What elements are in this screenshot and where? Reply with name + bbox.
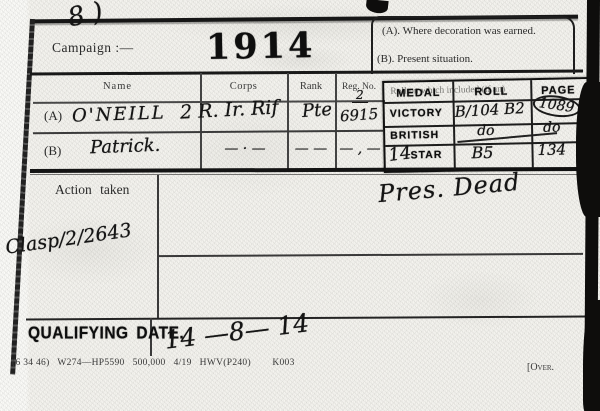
action-mid-line xyxy=(157,253,583,257)
british-medal-label: BRITISH xyxy=(390,129,439,142)
action-taken-label: Action taken xyxy=(55,182,129,198)
handwritten-corner-mark: 8 ) xyxy=(65,0,105,33)
medal-column-header: MEDAL xyxy=(386,87,450,100)
scan-edge-bulge-low xyxy=(583,300,600,411)
star-page-value: 134 xyxy=(537,140,566,159)
row-a-reg-no-superscript: 2 xyxy=(352,88,368,103)
row-a-corps: 2 R. Ir. Rif xyxy=(179,96,279,123)
campaign-year: 1914 xyxy=(206,25,316,68)
medal-roll-stamp-box: Roll on which included (if an) MEDAL ROL… xyxy=(382,77,591,173)
star-roll-value: B5 xyxy=(471,143,493,162)
row-b-label: (B) xyxy=(44,143,61,159)
action-divider-line xyxy=(157,175,159,318)
star-handwritten-number: 14 xyxy=(387,142,412,166)
medal-index-card-scan: 8 ) Campaign :— 1914 (A). Where decorati… xyxy=(0,0,600,411)
qualifying-date-label: QUALIFYING DATE. xyxy=(28,324,184,344)
printer-imprint: (6 34 46) W274—HP5590 500,000 4/19 HWV(P… xyxy=(12,358,295,368)
over-note: [Over. xyxy=(527,362,554,373)
victory-medal-label: VICTORY xyxy=(390,107,443,120)
header-corps: Corps xyxy=(200,81,287,92)
row-a-reg-no: 6915 xyxy=(339,105,378,126)
note-present-situation: (B). Present situation. xyxy=(377,53,473,65)
british-page-ditto: do xyxy=(543,120,561,136)
scan-top-blob xyxy=(365,0,388,14)
header-name: Name xyxy=(35,81,200,92)
victory-page-value: 1089 xyxy=(532,95,580,117)
row-b-rank-ditto: — — xyxy=(289,141,333,157)
row-b-corps-ditto: — · — xyxy=(210,141,280,157)
row-a-underline xyxy=(33,130,383,134)
row-a-rank: Pte xyxy=(301,99,332,122)
campaign-label: Campaign :— xyxy=(52,40,134,56)
header-rank: Rank xyxy=(287,81,335,92)
victory-roll-value: B/104 B2 xyxy=(454,99,525,121)
star-medal-label: STAR xyxy=(410,149,442,162)
note-where-earned: (A). Where decoration was earned. xyxy=(382,25,536,37)
scan-edge-bulge xyxy=(576,82,600,217)
row-b-name: Patrick. xyxy=(90,135,161,158)
qualifying-date-value: 14 —8— 14 xyxy=(163,308,311,355)
row-a-name: O'NEILL xyxy=(72,102,166,126)
row-a-label: (A) xyxy=(44,108,62,124)
british-roll-ditto: do xyxy=(477,123,495,139)
roll-column-header: ROLL xyxy=(454,85,528,98)
row-b-reg-ditto: — , — xyxy=(337,141,383,157)
